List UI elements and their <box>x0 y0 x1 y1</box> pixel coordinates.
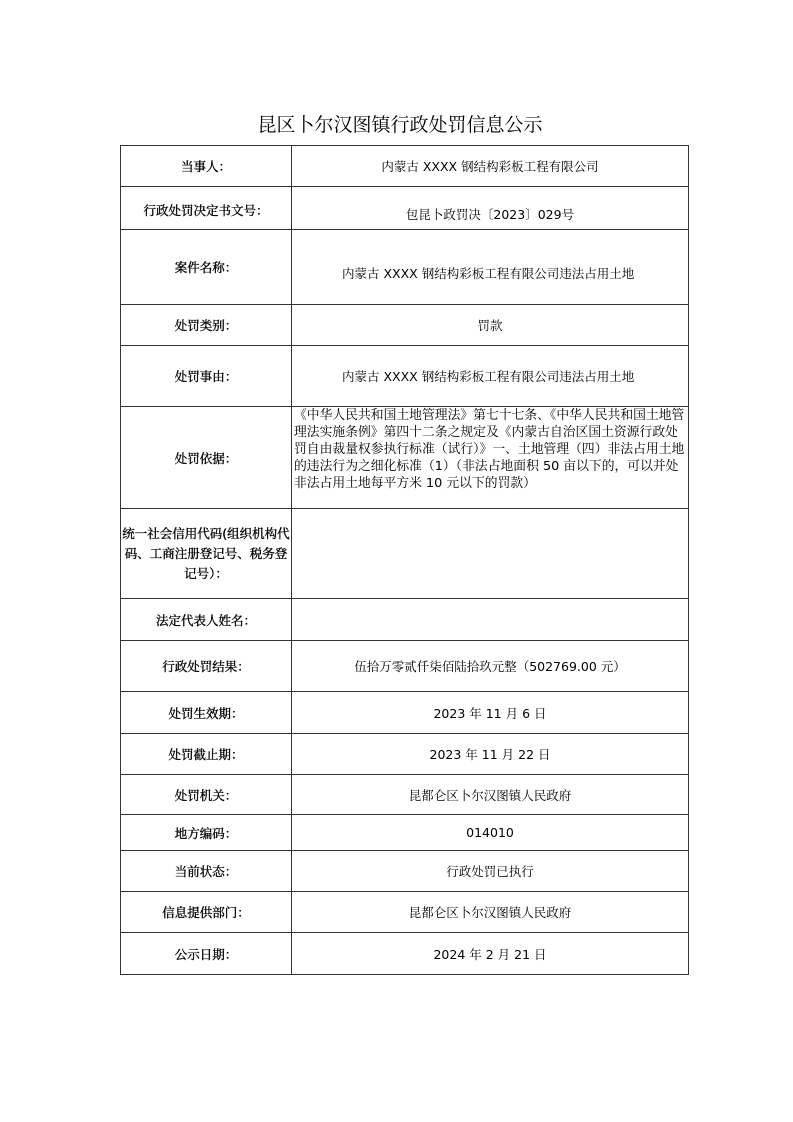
table-row: 统一社会信用代码(组织机构代码、工商注册登记号、税务登记号）： <box>121 509 689 599</box>
penalty-type-label: 处罚类别： <box>121 305 292 346</box>
table-row: 信息提供部门： 昆都仑区卜尔汉图镇人民政府 <box>121 892 689 933</box>
penalty-basis-value: 《中华人民共和国土地管理法》第七十七条、《中华人民共和国土地管理法实施条例》第四… <box>292 407 689 509</box>
region-code-label: 地方编码： <box>121 815 292 851</box>
publish-date-label: 公示日期： <box>121 933 292 975</box>
effective-date-value: 2023 年 11 月 6 日 <box>292 692 689 734</box>
penalty-type-value: 罚款 <box>292 305 689 346</box>
region-code-value: 014010 <box>292 815 689 851</box>
party-value: 内蒙古 XXXX 钢结构彩板工程有限公司 <box>292 146 689 187</box>
legal-rep-value <box>292 599 689 641</box>
penalty-basis-label: 处罚依据： <box>121 407 292 509</box>
penalty-result-value: 伍拾万零贰仟柒佰陆拾玖元整（502769.00 元） <box>292 641 689 692</box>
table-row: 处罚生效期： 2023 年 11 月 6 日 <box>121 692 689 734</box>
table-row: 处罚依据： 《中华人民共和国土地管理法》第七十七条、《中华人民共和国土地管理法实… <box>121 407 689 509</box>
table-row: 当事人： 内蒙古 XXXX 钢结构彩板工程有限公司 <box>121 146 689 187</box>
status-label: 当前状态： <box>121 851 292 892</box>
effective-date-label: 处罚生效期： <box>121 692 292 734</box>
table-row: 案件名称： 内蒙古 XXXX 钢结构彩板工程有限公司违法占用土地 <box>121 230 689 305</box>
info-provider-label: 信息提供部门： <box>121 892 292 933</box>
case-name-label: 案件名称： <box>121 230 292 305</box>
table-row: 法定代表人姓名： <box>121 599 689 641</box>
status-value: 行政处罚已执行 <box>292 851 689 892</box>
party-label: 当事人： <box>121 146 292 187</box>
table-row: 处罚事由： 内蒙古 XXXX 钢结构彩板工程有限公司违法占用土地 <box>121 346 689 407</box>
penalty-result-label: 行政处罚结果： <box>121 641 292 692</box>
table-row: 行政处罚决定书文号： 包昆卜政罚决〔2023〕029号 <box>121 187 689 230</box>
penalty-info-table: 当事人： 内蒙古 XXXX 钢结构彩板工程有限公司 行政处罚决定书文号： 包昆卜… <box>120 145 689 975</box>
table-row: 处罚类别： 罚款 <box>121 305 689 346</box>
decision-number-value: 包昆卜政罚决〔2023〕029号 <box>292 187 689 230</box>
deadline-value: 2023 年 11 月 22 日 <box>292 734 689 775</box>
penalty-reason-value: 内蒙古 XXXX 钢结构彩板工程有限公司违法占用土地 <box>292 346 689 407</box>
decision-number-label: 行政处罚决定书文号： <box>121 187 292 230</box>
table-row: 公示日期： 2024 年 2 月 21 日 <box>121 933 689 975</box>
table-row: 当前状态： 行政处罚已执行 <box>121 851 689 892</box>
case-name-value: 内蒙古 XXXX 钢结构彩板工程有限公司违法占用土地 <box>292 230 689 305</box>
table-row: 地方编码： 014010 <box>121 815 689 851</box>
table-row: 行政处罚结果： 伍拾万零贰仟柒佰陆拾玖元整（502769.00 元） <box>121 641 689 692</box>
credit-code-label: 统一社会信用代码(组织机构代码、工商注册登记号、税务登记号）： <box>121 509 292 599</box>
publish-date-value: 2024 年 2 月 21 日 <box>292 933 689 975</box>
penalty-reason-label: 处罚事由： <box>121 346 292 407</box>
info-provider-value: 昆都仑区卜尔汉图镇人民政府 <box>292 892 689 933</box>
authority-label: 处罚机关： <box>121 775 292 815</box>
authority-value: 昆都仑区卜尔汉图镇人民政府 <box>292 775 689 815</box>
table-row: 处罚机关： 昆都仑区卜尔汉图镇人民政府 <box>121 775 689 815</box>
deadline-label: 处罚截止期： <box>121 734 292 775</box>
legal-rep-label: 法定代表人姓名： <box>121 599 292 641</box>
credit-code-value <box>292 509 689 599</box>
table-row: 处罚截止期： 2023 年 11 月 22 日 <box>121 734 689 775</box>
page-title: 昆区卜尔汉图镇行政处罚信息公示 <box>0 110 793 137</box>
